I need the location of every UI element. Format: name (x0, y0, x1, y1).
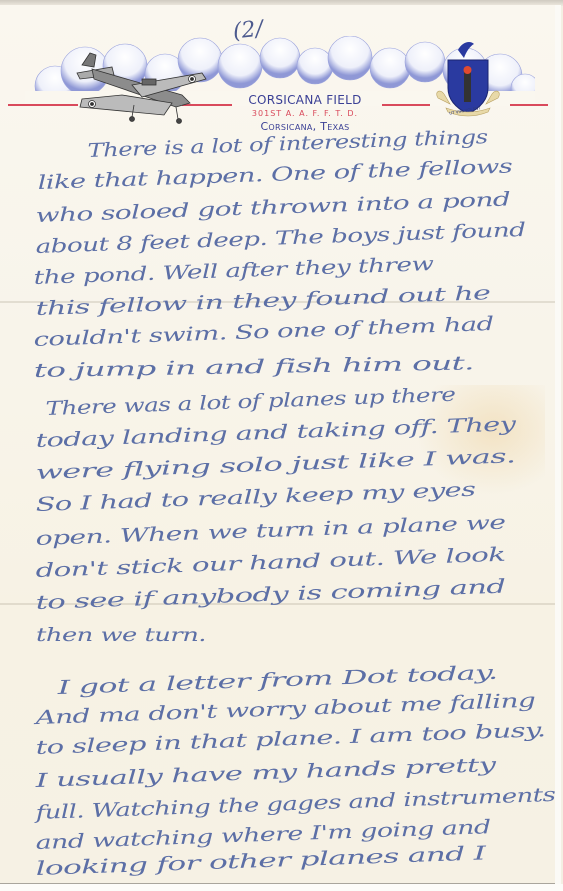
letterhead-unit: 301ST A. A. F. F. T. D. (230, 109, 380, 118)
letterhead-rule (510, 104, 548, 106)
letterhead-title: CORSICANA FIELD (230, 93, 380, 107)
scan-bottom-margin (0, 884, 563, 891)
handwritten-line: then we turn. (36, 624, 206, 646)
letterhead-rule (8, 104, 78, 106)
airplane-icon (72, 45, 212, 125)
letterhead-rule (382, 104, 430, 106)
